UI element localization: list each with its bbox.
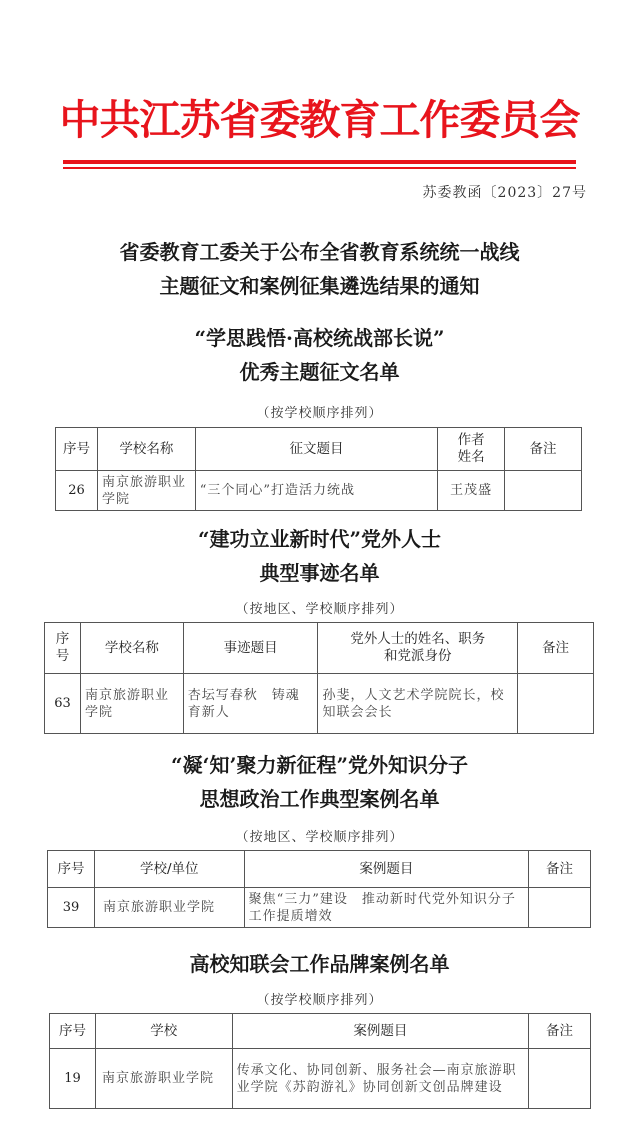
table-header-row: 序号 学校 案例题目 备注 xyxy=(50,1014,591,1049)
cell-no: 19 xyxy=(50,1049,96,1109)
table-row: 19 南京旅游职业学院 传承文化、协同创新、服务社会—南京旅游职业学院《苏韵游礼… xyxy=(50,1049,591,1109)
cell-no: 63 xyxy=(45,674,81,734)
cell-school: 南京旅游职业学院 xyxy=(80,674,183,734)
section3-title-line2: 思想政治工作典型案例名单 xyxy=(0,783,639,815)
red-rule-thick xyxy=(63,160,576,164)
masthead: 中共江苏省委教育工作委员会 xyxy=(0,95,639,145)
cell-note xyxy=(529,888,591,928)
col-header-school: 学校 xyxy=(95,1014,232,1049)
col-header-note: 备注 xyxy=(505,428,582,471)
table-row: 26 南京旅游职业学院 “三个同心”打造活力统战 王茂盛 xyxy=(56,471,582,511)
cell-title: 杏坛写春秋 铸魂育新人 xyxy=(183,674,318,734)
brand-case-table: 序号 学校 案例题目 备注 19 南京旅游职业学院 传承文化、协同创新、服务社会… xyxy=(49,1013,591,1109)
table-header-row: 序号 学校名称 征文题目 作者姓名 备注 xyxy=(56,428,582,471)
cell-school: 南京旅游职业学院 xyxy=(95,1049,232,1109)
col-header-no: 序号 xyxy=(56,428,98,471)
section4-order-note: （按学校顺序排列） xyxy=(0,989,639,1008)
table-row: 39 南京旅游职业学院 聚焦“三力”建设 推动新时代党外知识分子工作提质增效 xyxy=(48,888,591,928)
col-header-note: 备注 xyxy=(529,1014,591,1049)
table-header-row: 序号 学校名称 事迹题目 党外人士的姓名、职务和党派身份 备注 xyxy=(45,623,594,674)
cell-school: 南京旅游职业学院 xyxy=(97,471,195,511)
document-number: 苏委教函〔2023〕27号 xyxy=(423,182,587,202)
section4-title: 高校知联会工作品牌案例名单 xyxy=(0,948,639,980)
cell-title: 传承文化、协同创新、服务社会—南京旅游职业学院《苏韵游礼》协同创新文创品牌建设 xyxy=(232,1049,528,1109)
section2-title-line1: “建功立业新时代”党外人士 xyxy=(0,523,639,555)
section1-title-line2: 优秀主题征文名单 xyxy=(0,356,639,388)
col-header-no: 序号 xyxy=(48,851,95,888)
section2-order-note: （按地区、学校顺序排列） xyxy=(0,598,639,617)
section1-order-note: （按学校顺序排列） xyxy=(0,402,639,421)
essay-table: 序号 学校名称 征文题目 作者姓名 备注 26 南京旅游职业学院 “三个同心”打… xyxy=(55,427,582,511)
col-header-school: 学校/单位 xyxy=(94,851,244,888)
section3-title-line1: “凝‘知’聚力新征程”党外知识分子 xyxy=(0,749,639,781)
section2-title-line2: 典型事迹名单 xyxy=(0,557,639,589)
col-header-no: 序号 xyxy=(45,623,81,674)
cell-note xyxy=(518,674,594,734)
col-header-no: 序号 xyxy=(50,1014,96,1049)
cell-note xyxy=(529,1049,591,1109)
cell-person: 孙斐，人文艺术学院院长，校知联会会长 xyxy=(318,674,518,734)
exemplary-deeds-table: 序号 学校名称 事迹题目 党外人士的姓名、职务和党派身份 备注 63 南京旅游职… xyxy=(44,622,594,734)
col-header-person: 党外人士的姓名、职务和党派身份 xyxy=(318,623,518,674)
cell-title: “三个同心”打造活力统战 xyxy=(195,471,437,511)
table-header-row: 序号 学校/单位 案例题目 备注 xyxy=(48,851,591,888)
ideological-case-table: 序号 学校/单位 案例题目 备注 39 南京旅游职业学院 聚焦“三力”建设 推动… xyxy=(47,850,591,928)
cell-note xyxy=(505,471,582,511)
col-header-school: 学校名称 xyxy=(97,428,195,471)
col-header-note: 备注 xyxy=(518,623,594,674)
notice-title-line2: 主题征文和案例征集遴选结果的通知 xyxy=(0,270,639,302)
red-rule-thin xyxy=(63,167,576,169)
col-header-school: 学校名称 xyxy=(80,623,183,674)
cell-school: 南京旅游职业学院 xyxy=(94,888,244,928)
col-header-note: 备注 xyxy=(529,851,591,888)
section3-order-note: （按地区、学校顺序排列） xyxy=(0,826,639,845)
cell-no: 26 xyxy=(56,471,98,511)
section1-title-line1: “学思践悟·高校统战部长说” xyxy=(0,322,639,354)
cell-author: 王茂盛 xyxy=(438,471,505,511)
notice-title-line1: 省委教育工委关于公布全省教育系统统一战线 xyxy=(0,236,639,268)
cell-no: 39 xyxy=(48,888,95,928)
col-header-title: 征文题目 xyxy=(195,428,437,471)
col-header-title: 案例题目 xyxy=(232,1014,528,1049)
col-header-author: 作者姓名 xyxy=(438,428,505,471)
col-header-title: 案例题目 xyxy=(244,851,528,888)
table-row: 63 南京旅游职业学院 杏坛写春秋 铸魂育新人 孙斐，人文艺术学院院长，校知联会… xyxy=(45,674,594,734)
cell-title: 聚焦“三力”建设 推动新时代党外知识分子工作提质增效 xyxy=(244,888,528,928)
col-header-title: 事迹题目 xyxy=(183,623,318,674)
